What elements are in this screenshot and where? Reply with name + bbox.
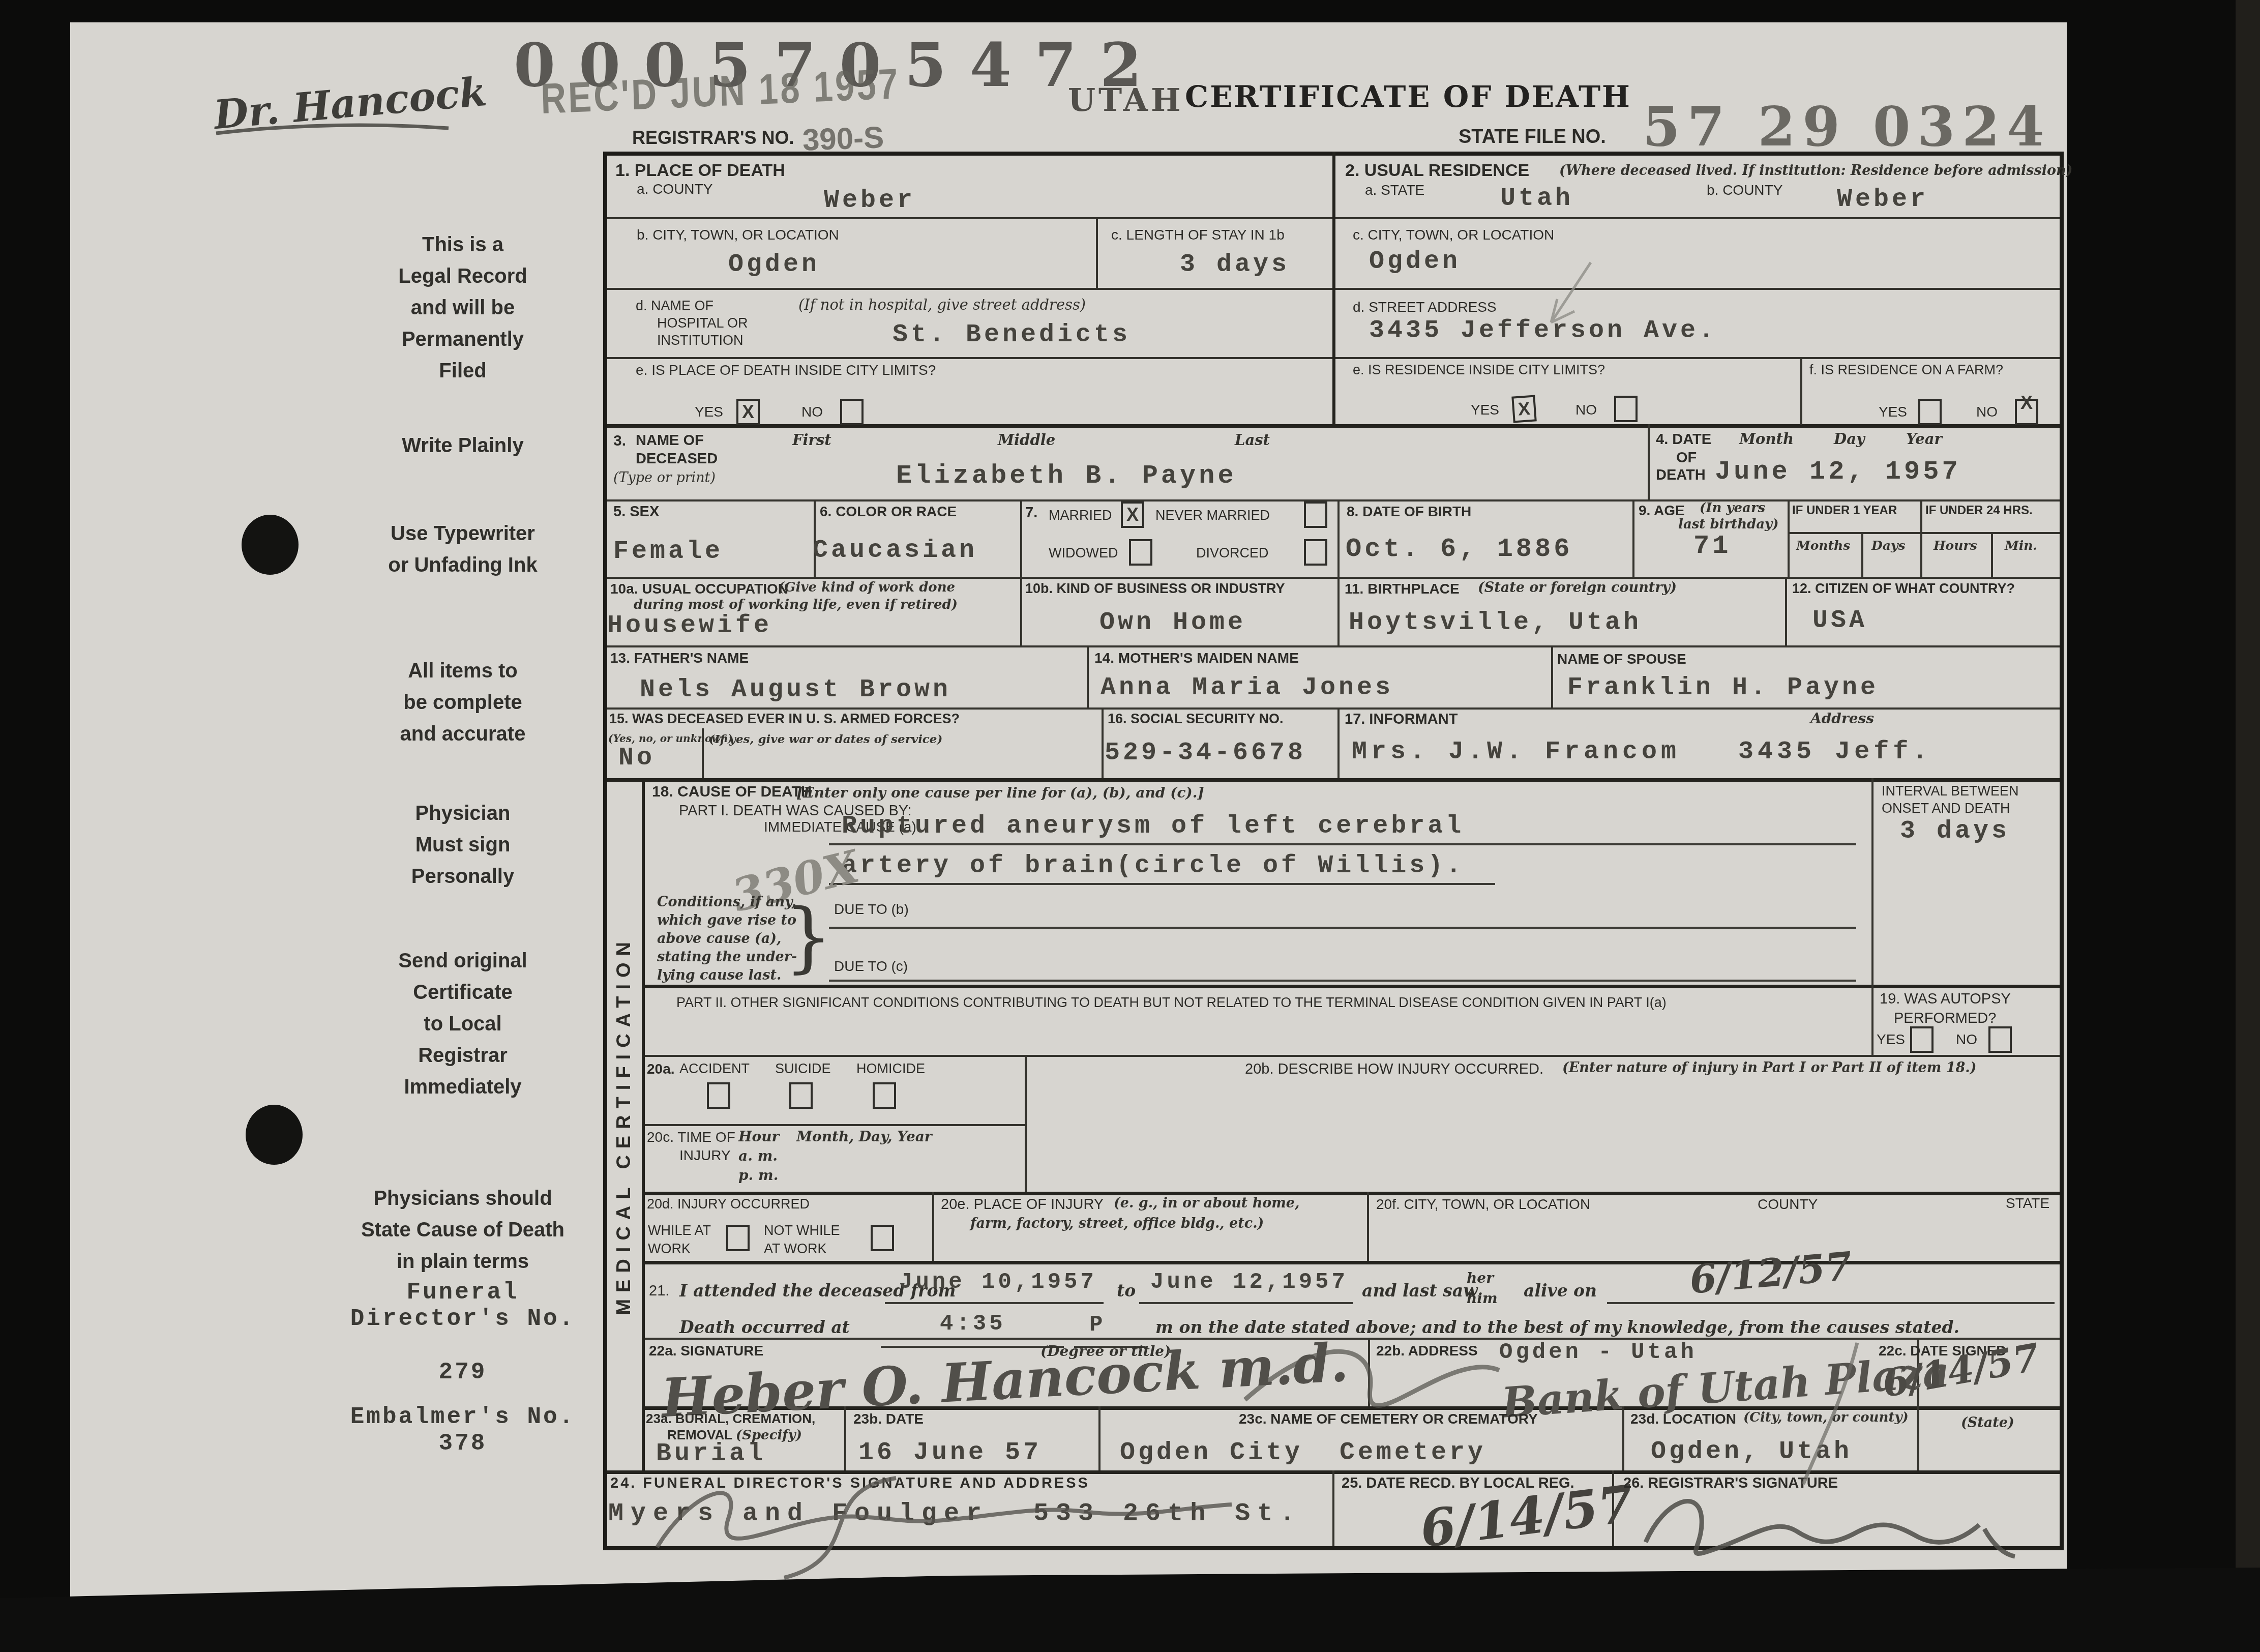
margin-note-plain-terms: Physicians should State Cause of Death i… [305, 1183, 620, 1277]
field-24-typed-value: Myers and Foulger 533 26th St. [608, 1499, 1302, 1528]
field-26-label: 26. REGISTRAR'S SIGNATURE [1623, 1475, 1838, 1492]
grid-line [642, 1055, 2060, 1057]
field-21-to-underline [1139, 1302, 1353, 1304]
field-2d-label: d. STREET ADDRESS [1353, 299, 1497, 315]
field-9-value: 71 [1693, 531, 1731, 561]
field-23a-label-1: 23a. BURIAL, CREMATION, [646, 1411, 815, 1427]
death-certificate-scan: This is a Legal Record and will be Perma… [0, 0, 2260, 1652]
grid-line [642, 1192, 2060, 1195]
field-23d-hint: (City, town, or county) [1743, 1410, 1909, 1425]
field-7-number: 7. [1025, 505, 1037, 521]
field-21-to-value: June 12,1957 [1150, 1270, 1348, 1295]
field-18-conditions-4: stating the under- [657, 949, 797, 965]
field-20f-label: 20f. CITY, TOWN, OR LOCATION [1376, 1196, 1590, 1213]
field-3-last-label: Last [1235, 431, 1270, 449]
field-2b-label: b. COUNTY [1707, 182, 1782, 198]
field-1a-label: a. COUNTY [637, 181, 712, 197]
field-1e-yes-checkbox: X [736, 399, 760, 425]
field-21-to-word: to [1117, 1281, 1136, 1301]
field-19-yes-checkbox [1910, 1026, 1934, 1053]
field-18-interval-label-1: INTERVAL BETWEEN [1882, 783, 2019, 799]
field-1b-label: b. CITY, TOWN, OR LOCATION [637, 227, 839, 243]
field-20b-label: 20b. DESCRIBE HOW INJURY OCCURRED. [1245, 1061, 1543, 1078]
field-6-label: 6. COLOR OR RACE [820, 504, 957, 520]
field-3-first-label: First [792, 431, 831, 449]
field-18-interval-value: 3 days [1900, 817, 2010, 846]
funeral-director-no-label: Funeral Director's No. [320, 1279, 605, 1332]
field-20d-notwhile-label-1: NOT WHILE [764, 1223, 840, 1238]
field-19-label-2: PERFORMED? [1894, 1010, 1996, 1027]
field-3-value: Elizabeth B. Payne [896, 461, 1237, 491]
field-12-label: 12. CITIZEN OF WHAT COUNTRY? [1792, 581, 2015, 597]
field-2c-label: c. CITY, TOWN, OR LOCATION [1353, 227, 1554, 243]
field-10b-label: 10b. KIND OF BUSINESS OR INDUSTRY [1025, 581, 1285, 597]
field-20c-label-2: INJURY [679, 1147, 731, 1164]
field-2f-yes-label: YES [1879, 404, 1907, 420]
grid-line [1991, 532, 1993, 577]
field-2-title: 2. USUAL RESIDENCE [1345, 161, 1529, 181]
field-2f-no-checkbox: X [2015, 399, 2038, 425]
field-19-yes-label: YES [1877, 1031, 1905, 1048]
field-18-bracket-hint: [Enter only one cause per line for (a), … [796, 784, 1204, 801]
due-b-underline [829, 927, 1856, 929]
field-2b-value: Weber [1837, 185, 1928, 214]
field-23c-value: Ogden City Cemetery [1120, 1438, 1486, 1467]
field-1e-no-label: NO [801, 404, 823, 420]
field-20e-label: 20e. PLACE OF INJURY [941, 1196, 1104, 1213]
field-20a-suicide-checkbox [789, 1082, 813, 1109]
punch-hole-bottom [246, 1105, 303, 1165]
field-22b-label: 22b. ADDRESS [1376, 1343, 1478, 1359]
field-3-label-1: NAME OF [636, 432, 704, 449]
field-20d-while-checkbox [726, 1225, 750, 1251]
field-1d-hint: (If not in hospital, give street address… [798, 296, 1086, 313]
field-9-min-label: Min. [2005, 538, 2037, 553]
grid-line [607, 778, 2060, 782]
page-title: CERTIFICATE OF DEATH [1185, 79, 1631, 114]
field-20d-while-label-2: WORK [648, 1241, 691, 1257]
field-20e-hint-2: farm, factory, street, office bldg., etc… [970, 1216, 1264, 1231]
grid-line [1368, 1338, 1370, 1406]
grid-line [932, 1192, 934, 1261]
field-18-due-c-label: DUE TO (c) [834, 958, 908, 975]
title-state-word: UTAH [1068, 81, 1184, 119]
field-21-from-underline [885, 1302, 1104, 1304]
field-4-value: June 12, 1957 [1715, 457, 1961, 487]
field-18-conditions-1: Conditions, if any, [657, 894, 796, 910]
margin-note-write-plainly: Write Plainly [320, 430, 605, 461]
grid-line [1920, 499, 1922, 577]
field-9-hours-label: Hours [1934, 538, 1977, 553]
field-2f-no-label: NO [1976, 404, 1998, 420]
field-18-cause-line-1: Ruptured aneurysm of left cerebral [842, 812, 1464, 841]
field-20d-notwhile-label-2: AT WORK [764, 1241, 827, 1257]
field-1d-label-2: HOSPITAL OR [657, 315, 748, 331]
field-10b-value: Own Home [1099, 608, 1246, 637]
field-3-hint: (Type or print) [613, 470, 716, 486]
margin-note-legal-record: This is a Legal Record and will be Perma… [320, 229, 605, 387]
cause-underline-1 [829, 843, 1856, 845]
grid-line [1785, 577, 1787, 645]
field-1e-no-checkbox [840, 399, 864, 425]
field-23d-label: 23d. LOCATION [1630, 1411, 1736, 1427]
field-20f-state-label: STATE [2006, 1195, 2049, 1212]
field-8-value: Oct. 6, 1886 [1346, 534, 1572, 564]
field-22b-typed-value: Ogden - Utah [1499, 1340, 1697, 1365]
field-10a-hint-2: during most of working life, even if ret… [634, 597, 958, 612]
embalmer-no-value: 378 [320, 1430, 605, 1457]
field-1a-value: Weber [824, 186, 915, 215]
field-9-under1yr-label: IF UNDER 1 YEAR [1792, 504, 1897, 518]
grid-line [642, 1124, 1025, 1126]
field-3-number: 3. [613, 432, 626, 450]
grid-line [607, 577, 2060, 579]
grid-line [1020, 499, 1022, 577]
field-2f-yes-checkbox [1918, 399, 1942, 425]
cause-underline-2 [829, 883, 1495, 885]
field-23d-value: Ogden, Utah [1651, 1437, 1852, 1466]
field-21-her-word: her [1467, 1270, 1494, 1286]
field-20d-label: 20d. INJURY OCCURRED [647, 1196, 810, 1212]
field-16-label: 16. SOCIAL SECURITY NO. [1108, 711, 1284, 727]
field-20a-homicide-label: HOMICIDE [856, 1061, 925, 1077]
field-23d-state-hint: (State) [1961, 1415, 2014, 1431]
grid-line [642, 985, 2060, 988]
field-7-widowed-checkbox [1129, 539, 1152, 566]
field-18-cause-line-2: artery of brain(circle of Willis). [842, 851, 1464, 880]
field-4-year-label: Year [1906, 430, 1942, 448]
grid-line [1337, 707, 1340, 778]
funeral-director-no-value: 279 [320, 1359, 605, 1385]
margin-note-use-typewriter: Use Typewriter or Unfading Ink [320, 518, 605, 581]
margin-note-all-items: All items to be complete and accurate [320, 655, 605, 750]
scan-right-edge [2236, 0, 2260, 1652]
field-8-label: 8. DATE OF BIRTH [1347, 504, 1471, 520]
field-20c-pm-label: p. m. [738, 1167, 778, 1184]
field-1d-label-3: INSTITUTION [657, 333, 744, 348]
field-1c-value: 3 days [1180, 250, 1290, 279]
field-part2-label: PART II. OTHER SIGNIFICANT CONDITIONS CO… [676, 995, 1667, 1011]
grid-line [1367, 1192, 1369, 1261]
field-19-label-1: 19. WAS AUTOPSY [1880, 991, 2011, 1008]
field-20d-notwhile-checkbox [871, 1225, 894, 1251]
field-11-hint: (State or foreign country) [1478, 580, 1677, 596]
field-20a-number: 20a. [647, 1061, 675, 1077]
grid-line [1788, 532, 2060, 534]
grid-line [1102, 707, 1104, 778]
field-spouse-value: Franklin H. Payne [1567, 673, 1879, 702]
field-7-divorced-checkbox [1304, 539, 1327, 566]
field-20a-homicide-checkbox [873, 1082, 896, 1109]
field-2a-label: a. STATE [1365, 182, 1424, 198]
field-20a-suicide-label: SUICIDE [775, 1061, 831, 1077]
field-9-months-label: Months [1796, 538, 1850, 553]
field-9-hint-2: last birthday) [1678, 517, 1779, 532]
field-23b-label: 23b. DATE [853, 1411, 924, 1427]
field-2-hint: (Where deceased lived. If institution: R… [1559, 163, 2072, 179]
field-11-label: 11. BIRTHPLACE [1345, 581, 1460, 597]
punch-hole-top [242, 515, 299, 575]
grid-line [1098, 1406, 1101, 1470]
field-20c-label-1: 20c. TIME OF [647, 1129, 735, 1145]
field-20a-accident-label: ACCIDENT [679, 1061, 750, 1077]
field-9-under24h-label: IF UNDER 24 HRS. [1925, 504, 2033, 518]
field-3-label-2: DECEASED [636, 451, 718, 467]
field-2d-value: 3435 Jefferson Ave. [1369, 316, 1717, 345]
field-7-married-label: MARRIED [1049, 508, 1112, 523]
field-3-middle-label: Middle [998, 431, 1055, 449]
field-22a-label: 22a. SIGNATURE [649, 1343, 763, 1359]
field-1d-label-1: d. NAME OF [636, 298, 713, 314]
grid-line [607, 499, 2060, 501]
grid-line [1861, 532, 1863, 577]
grid-line [1648, 424, 1650, 499]
field-23c-label: 23c. NAME OF CEMETERY OR CREMATORY [1239, 1411, 1538, 1427]
field-4-day-label: Day [1834, 430, 1865, 448]
grid-line [607, 645, 2060, 647]
field-18-interval-label-2: ONSET AND DEATH [1882, 801, 2010, 816]
field-5-value: Female [613, 537, 723, 566]
field-15-label: 15. WAS DECEASED EVER IN U. S. ARMED FOR… [609, 711, 960, 727]
field-18-conditions-5: lying cause last. [657, 967, 781, 983]
field-21-him-word: him [1467, 1290, 1498, 1307]
grid-line [607, 707, 2060, 710]
field-7-never-married-label: NEVER MARRIED [1155, 508, 1270, 523]
field-18-conditions-3: above cause (a), [657, 931, 781, 947]
field-2e-yes-label: YES [1471, 402, 1499, 418]
field-16-value: 529-34-6678 [1105, 739, 1306, 768]
field-2e-yes-checkbox: X [1511, 395, 1537, 423]
grid-line [642, 1338, 2060, 1340]
grid-line [1337, 499, 1340, 577]
field-19-no-checkbox [1988, 1026, 2012, 1053]
field-14-value: Anna Maria Jones [1101, 673, 1393, 702]
field-10a-label: 10a. USUAL OCCUPATION [610, 581, 788, 597]
conditions-brace: } [784, 893, 832, 982]
field-1e-yes-label: YES [695, 404, 723, 420]
field-23b-value: 16 June 57 [858, 1438, 1042, 1467]
grid-line [1632, 499, 1634, 577]
field-9-hint-1: (In years [1700, 500, 1765, 516]
field-7-married-checkbox: X [1121, 501, 1144, 528]
field-4-label-1: 4. DATE [1656, 431, 1711, 448]
field-2c-value: Ogden [1369, 247, 1461, 276]
field-15-hint-2: (If yes, give war or dates of service) [709, 732, 942, 746]
field-21-death-lead: Death occurred at [679, 1317, 850, 1337]
field-4-label-2: OF [1676, 450, 1697, 466]
grid-line [1551, 645, 1553, 707]
field-1c-label: c. LENGTH OF STAY IN 1b [1111, 227, 1285, 243]
field-21-alive-text: alive on [1524, 1281, 1597, 1301]
grid-line [1087, 645, 1089, 707]
field-13-value: Nels August Brown [640, 675, 951, 704]
margin-note-send-original: Send original Certificate to Local Regis… [320, 945, 605, 1103]
field-17-address-label: Address [1810, 710, 1874, 727]
field-2e-no-label: NO [1575, 402, 1597, 418]
field-10a-hint-1: (Give kind of work done [778, 580, 955, 595]
field-11-value: Hoytsville, Utah [1349, 608, 1642, 637]
field-19-no-label: NO [1956, 1031, 1977, 1048]
margin-note-physician-sign: Physician Must sign Personally [320, 798, 605, 892]
field-20e-hint-1: (e. g., in or about home, [1114, 1195, 1299, 1211]
field-21-time-value: 4:35 [940, 1311, 1006, 1337]
field-6-value: Caucasian [813, 536, 977, 565]
field-12-value: USA [1812, 606, 1867, 635]
field-13-label: 13. FATHER'S NAME [610, 650, 749, 666]
field-18-title: 18. CAUSE OF DEATH [652, 783, 812, 801]
grid-line [1025, 1055, 1027, 1192]
grid-line [1788, 499, 1790, 577]
grid-line [1332, 152, 1335, 425]
field-2f-label: f. IS RESIDENCE ON A FARM? [1809, 362, 2003, 378]
grid-line [1337, 577, 1340, 645]
field-7-never-married-checkbox [1304, 501, 1327, 528]
medical-certification-band: MEDICAL CERTIFICATION [606, 782, 642, 1468]
due-c-underline [829, 980, 1856, 982]
field-14-label: 14. MOTHER'S MAIDEN NAME [1094, 650, 1299, 666]
embalmer-no-label: Embalmer's No. [320, 1404, 605, 1430]
field-21-number: 21. [649, 1283, 669, 1300]
field-1d-value: St. Benedicts [893, 320, 1131, 349]
field-20c-hour-label: Hour [738, 1128, 779, 1145]
field-21-alive-underline [1607, 1302, 2055, 1304]
field-20a-accident-checkbox [707, 1082, 730, 1109]
field-20f-county-label: COUNTY [1758, 1196, 1818, 1213]
field-21-from-value: June 10,1957 [899, 1270, 1097, 1295]
field-18-conditions-2: which gave rise to [657, 912, 796, 928]
field-18-due-b-label: DUE TO (b) [834, 901, 909, 918]
grid-line [642, 778, 645, 1470]
field-1b-value: Ogden [728, 250, 820, 279]
field-20b-hint: (Enter nature of injury in Part I or Par… [1562, 1060, 1977, 1076]
field-2a-value: Utah [1500, 184, 1573, 213]
field-1e-label: e. IS PLACE OF DEATH INSIDE CITY LIMITS? [636, 362, 936, 378]
field-24-label: 24. FUNERAL DIRECTOR'S SIGNATURE AND ADD… [610, 1475, 1090, 1492]
grid-line [1020, 577, 1022, 645]
field-7-divorced-label: DIVORCED [1196, 545, 1269, 561]
field-2e-no-checkbox [1614, 396, 1638, 422]
field-21-mid-text: and last saw [1362, 1281, 1478, 1301]
field-20c-am-label: a. m. [738, 1147, 778, 1164]
field-4-month-label: Month [1739, 430, 1794, 448]
field-5-label: 5. SEX [613, 504, 659, 520]
field-23a-value: Burial [656, 1439, 766, 1468]
grid-line [1800, 357, 1802, 425]
state-file-no-value: 57 29 0324 [1643, 95, 2051, 158]
field-9-days-label: Days [1871, 538, 1905, 553]
field-21-ampm-value: P [1089, 1312, 1106, 1338]
field-17-value: Mrs. J.W. Francom 3435 Jeff. [1352, 737, 1931, 766]
field-10a-value: Housewife [607, 611, 772, 640]
grid-line [1332, 1470, 1334, 1546]
field-spouse-label: NAME OF SPOUSE [1557, 651, 1686, 667]
field-20c-mdy-label: Month, Day, Year [796, 1128, 932, 1145]
field-2e-label: e. IS RESIDENCE INSIDE CITY LIMITS? [1353, 362, 1605, 378]
field-4-label-3: DEATH [1656, 467, 1706, 484]
field-20d-while-label-1: WHILE AT [648, 1223, 711, 1238]
registrar-no-label: REGISTRAR'S NO. [632, 127, 794, 149]
field-15-value: No [618, 744, 655, 773]
state-file-no-label: STATE FILE NO. [1459, 126, 1606, 148]
grid-line [1871, 778, 1874, 1055]
field-7-widowed-label: WIDOWED [1049, 545, 1118, 561]
field-17-label: 17. INFORMANT [1345, 711, 1458, 728]
grid-line [1096, 217, 1098, 288]
field-1-title: 1. PLACE OF DEATH [615, 161, 785, 181]
